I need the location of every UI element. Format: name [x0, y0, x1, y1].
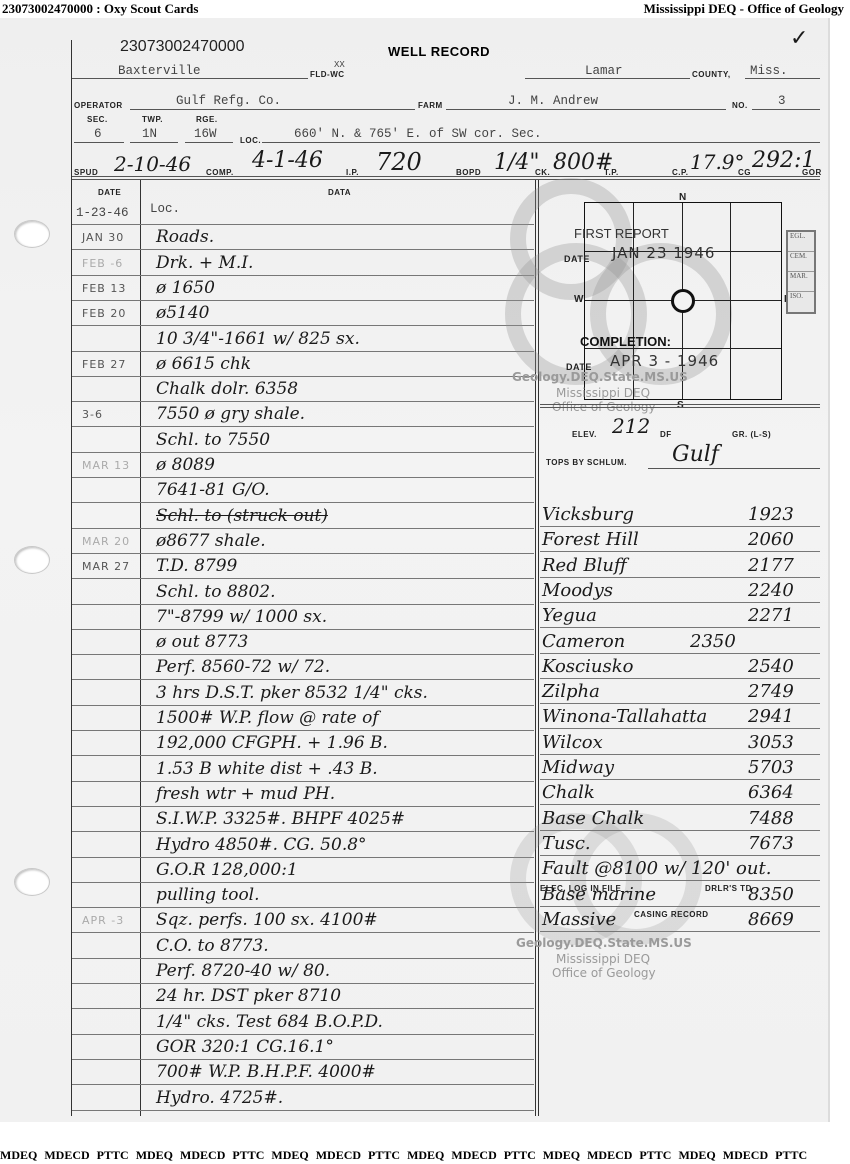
table-row-data: 1500# W.P. flow @ rate of	[156, 708, 379, 728]
table-row-data: Sqz. perfs. 100 sx. 4100#	[156, 910, 378, 930]
cp-value: 17.9°	[690, 150, 745, 174]
table-row-rule	[72, 1110, 534, 1111]
formation-name: Vicksburg	[542, 504, 634, 525]
formation-name: Wilcox	[542, 732, 603, 753]
table-row-date: FEB 20	[82, 307, 126, 320]
card-title: WELL RECORD	[388, 44, 490, 59]
comp-date: 4-1-46	[252, 148, 323, 173]
formation-depth: 1923	[748, 504, 794, 525]
gr-label: GR. (L-S)	[732, 430, 771, 439]
scout-card-scan: 23073002470000 WELL RECORD ✓ Baxterville…	[0, 18, 830, 1122]
formation-depth: 2240	[748, 580, 794, 601]
table-row-data: C.O. to 8773.	[156, 936, 269, 956]
twp-label: TWP.	[142, 115, 163, 124]
footer-sponsor-strip: MDEQMDECDPTTCMDEQMDECDPTTCMDEQMDECDPTTCM…	[0, 1146, 850, 1164]
table-row-data: Perf. 8720-40 w/ 80.	[156, 961, 330, 981]
table-row-rule	[72, 654, 534, 655]
formation-depth: 2271	[748, 605, 794, 626]
table-row-rule	[72, 477, 534, 478]
table-row-data: Loc.	[150, 202, 180, 216]
loc-value: 660' N. & 765' E. of SW cor. Sec.	[294, 127, 542, 141]
table-row-rule	[72, 528, 534, 529]
footer-sponsor-label: MDEQ	[543, 1148, 580, 1162]
table-row-rule	[72, 325, 534, 326]
table-row-rule	[72, 553, 534, 554]
api-number: 23073002470000	[120, 38, 245, 56]
table-row-data: 192,000 CFGPH. + 1.96 B.	[156, 733, 388, 753]
table-row-rule	[72, 401, 534, 402]
table-row-rule	[72, 502, 534, 503]
field-wc-overstrike: XX	[334, 60, 345, 70]
table-row-rule	[72, 249, 534, 250]
formation-name: Midway	[542, 757, 614, 778]
footer-sponsor-label: MDEQ	[271, 1148, 308, 1162]
formation-name: Tusc.	[542, 833, 591, 854]
table-row-data: ø5140	[156, 303, 210, 323]
footer-sponsor-label: PTTC	[639, 1148, 671, 1162]
table-row-rule	[72, 932, 534, 933]
formation-name: Red Bluff	[542, 555, 627, 576]
county-name: Lamar	[585, 64, 623, 78]
formation-depth: 5703	[748, 757, 794, 778]
table-row-rule	[72, 1084, 534, 1085]
table-row-data: 24 hr. DST pker 8710	[156, 986, 341, 1006]
table-row-rule	[72, 224, 534, 225]
formation-row-rule	[540, 880, 820, 881]
formation-depth: 7488	[748, 808, 794, 829]
completion-label: COMPLETION:	[580, 334, 671, 349]
formation-depth: 8669	[748, 909, 794, 930]
table-row-data: 1/4" cks. Test 684 B.O.P.D.	[156, 1012, 383, 1032]
table-row-rule	[72, 781, 534, 782]
footer-sponsor-label: MDECD	[451, 1148, 496, 1162]
footer-sponsor-label: MDECD	[723, 1148, 768, 1162]
table-row-rule	[72, 376, 534, 377]
formation-depth: 2060	[748, 529, 794, 550]
table-row-rule	[72, 452, 534, 453]
formation-row-rule	[540, 804, 820, 805]
formation-depth: 2177	[748, 555, 794, 576]
table-row-data: 7641-81 G/O.	[156, 480, 270, 500]
footer-sponsor-label: PTTC	[232, 1148, 264, 1162]
table-row-rule	[72, 907, 534, 908]
formation-row-rule	[540, 728, 820, 729]
map-south-label: S	[677, 400, 684, 411]
formation-row-rule	[540, 627, 820, 628]
table-row-data: 3 hrs D.S.T. pker 8532 1/4" cks.	[156, 683, 428, 703]
binder-hole-icon	[14, 868, 50, 896]
binder-hole-icon	[14, 220, 50, 248]
table-row-data: Hydro. 4725#.	[156, 1088, 283, 1108]
bopd-value: 1/4"	[494, 150, 540, 175]
elev-label: ELEV.	[572, 430, 597, 439]
table-row-rule	[72, 806, 534, 807]
watermark-agency: Mississippi DEQ	[556, 386, 650, 400]
formation-depth: 8350	[748, 884, 794, 905]
tops-by-value: Gulf	[672, 442, 719, 467]
watermark-office: Office of Geology	[552, 966, 656, 980]
table-row-rule	[72, 629, 534, 630]
table-row-data: Drk. + M.I.	[156, 253, 253, 273]
table-row-data: 700# W.P. B.H.P.F. 4000#	[156, 1062, 376, 1082]
table-row-rule	[72, 604, 534, 605]
table-row-data: 1.53 B white dist + .43 B.	[156, 759, 378, 779]
formation-name: Moodys	[542, 580, 613, 601]
footer-sponsor-label: PTTC	[504, 1148, 536, 1162]
tops-by-label: TOPS BY SCHLUM.	[546, 458, 627, 467]
table-row-date: JAN 30	[82, 231, 124, 244]
table-row-rule	[72, 1008, 534, 1009]
formation-name: Chalk	[542, 782, 595, 803]
table-row-date: 3-6	[82, 408, 103, 421]
well-number: 3	[778, 94, 786, 108]
sec-value: 6	[94, 127, 102, 141]
table-row-rule	[72, 275, 534, 276]
twp-value: 1N	[142, 127, 157, 141]
formation-row-rule	[540, 703, 820, 704]
table-row-data: 7"-8799 w/ 1000 sx.	[156, 607, 327, 627]
table-row-data: 7550 ø gry shale.	[156, 404, 305, 424]
operator-name: Gulf Refg. Co.	[176, 94, 281, 108]
watermark-agency: Mississippi DEQ	[556, 952, 650, 966]
table-row-rule	[72, 831, 534, 832]
table-row-date: MAR 27	[82, 560, 130, 573]
footer-sponsor-label: PTTC	[97, 1148, 129, 1162]
drillers-td-label: DRLR'S TD	[705, 884, 752, 893]
table-row-date: FEB -6	[82, 257, 123, 270]
sec-label: SEC.	[87, 115, 108, 124]
check-mark-icon: ✓	[790, 26, 808, 51]
formation-name: Winona-Tallahatta	[542, 706, 707, 727]
df-label: DF	[660, 430, 672, 439]
formation-row-rule	[540, 526, 820, 527]
table-row-data: 10 3/4"-1661 w/ 825 sx.	[156, 329, 360, 349]
footer-sponsor-label: MDEQ	[0, 1148, 37, 1162]
table-row-data: ø out 8773	[156, 632, 248, 652]
table-row-data: Schl. to 7550	[156, 430, 270, 450]
state-name: Miss.	[750, 64, 788, 78]
formation-depth: 6364	[748, 782, 794, 803]
table-row-data: ø8677 shale.	[156, 531, 266, 551]
first-report-date-stamp: JAN 23 1946	[612, 244, 715, 262]
field-name: Baxterville	[118, 64, 201, 78]
table-row-data: Schl. to (struck out)	[156, 506, 328, 526]
footer-sponsor-label: PTTC	[368, 1148, 400, 1162]
first-report-label: FIRST REPORT	[574, 226, 669, 241]
table-row-data: Schl. to 8802.	[156, 582, 276, 602]
table-row-data: fresh wtr + mud PH.	[156, 784, 335, 804]
formation-name: Kosciusko	[542, 656, 633, 677]
rge-value: 16W	[194, 127, 217, 141]
table-row-rule	[72, 755, 534, 756]
table-row-rule	[72, 983, 534, 984]
table-row-date: MAR 20	[82, 535, 130, 548]
table-row-date: MAR 13	[82, 459, 130, 472]
formation-depth: 2941	[748, 706, 794, 727]
formation-row-rule	[540, 602, 820, 603]
table-row-rule	[72, 679, 534, 680]
operator-label: OPERATOR	[74, 101, 123, 110]
binder-hole-icon	[14, 546, 50, 574]
formation-name: Forest Hill	[542, 529, 639, 550]
formation-name: Yegua	[542, 605, 597, 626]
table-row-data: T.D. 8799	[156, 556, 237, 576]
log-stamp-iso: ISO.	[788, 292, 814, 311]
well-number-label: NO.	[732, 101, 748, 110]
formation-row-rule	[540, 931, 820, 932]
formation-depth: 7673	[748, 833, 794, 854]
table-row-data: Perf. 8560-72 w/ 72.	[156, 657, 330, 677]
formation-name: Fault @8100 w/ 120' out.	[542, 858, 771, 879]
table-row-date: FEB 27	[82, 358, 126, 371]
footer-sponsor-label: MDEQ	[407, 1148, 444, 1162]
formation-row-rule	[540, 830, 820, 831]
viewer-header-bar: 23073002470000 : Oxy Scout Cards Mississ…	[0, 0, 850, 18]
table-row-rule	[72, 578, 534, 579]
completion-date-stamp: APR 3 - 1946	[610, 352, 719, 370]
table-row-data: Hydro 4850#. CG. 50.8°	[156, 835, 367, 855]
footer-sponsor-label: MDECD	[316, 1148, 361, 1162]
source-agency-title: Mississippi DEQ - Office of Geology	[644, 0, 844, 18]
map-west-label: W	[574, 294, 584, 305]
formation-name: Massive	[542, 909, 616, 930]
casing-record-label: CASING RECORD	[634, 910, 709, 919]
formation-depth: 2540	[748, 656, 794, 677]
table-row-data: S.I.W.P. 3325#. BHPF 4025#	[156, 809, 405, 829]
table-row-rule	[72, 882, 534, 883]
date-column-header: DATE	[98, 188, 121, 197]
loc-label: LOC.	[240, 136, 261, 145]
table-row-rule	[72, 351, 534, 352]
elec-log-label: ELEC. LOG IN FILE	[540, 884, 621, 893]
table-row-data: ø 1650	[156, 278, 215, 298]
formation-name: Zilpha	[542, 681, 600, 702]
watermark-url: Geology.DEQ.State.MS.US	[516, 936, 692, 950]
log-stamp-cem: CEM.	[788, 252, 814, 272]
table-row-date: 1-23-46	[76, 206, 129, 220]
table-row-date: APR -3	[82, 914, 124, 927]
farm-name: J. M. Andrew	[508, 94, 598, 108]
formation-row-rule	[540, 754, 820, 755]
table-row-rule	[72, 730, 534, 731]
table-row-rule	[72, 426, 534, 427]
formation-row-rule	[540, 678, 820, 679]
first-report-date-label: DATE	[564, 254, 590, 264]
table-row-data: Chalk dolr. 6358	[156, 379, 298, 399]
log-stamp-egl: EGL.	[788, 232, 814, 252]
field-label: FLD-WC	[310, 70, 345, 79]
footer-sponsor-label: MDECD	[180, 1148, 225, 1162]
document-id-title: 23073002470000 : Oxy Scout Cards	[2, 0, 198, 18]
table-row-data: G.O.R 128,000:1	[156, 860, 298, 880]
spud-date: 2-10-46	[114, 152, 191, 176]
well-location-marker-icon	[671, 289, 695, 313]
table-row-rule	[72, 1034, 534, 1035]
table-row-date: FEB 13	[82, 282, 126, 295]
table-row-rule	[72, 705, 534, 706]
table-row-rule	[72, 300, 534, 301]
formation-depth: 2749	[748, 681, 794, 702]
formation-row-rule	[540, 577, 820, 578]
formation-row-rule	[540, 855, 820, 856]
footer-sponsor-label: PTTC	[775, 1148, 807, 1162]
footer-sponsor-label: MDECD	[44, 1148, 89, 1162]
formation-name: Cameron	[542, 631, 625, 652]
rge-label: RGE.	[196, 115, 218, 124]
county-label: COUNTY,	[692, 70, 731, 79]
formation-depth: 2350	[690, 631, 736, 652]
footer-sponsor-label: MDECD	[587, 1148, 632, 1162]
table-row-rule	[72, 958, 534, 959]
elev-value: 212	[612, 414, 650, 438]
table-row-rule	[72, 857, 534, 858]
table-row-data: pulling tool.	[156, 885, 260, 905]
farm-label: FARM	[418, 101, 443, 110]
log-stamp-mar: MAR.	[788, 272, 814, 292]
formation-row-rule	[540, 551, 820, 552]
footer-sponsor-label: MDEQ	[678, 1148, 715, 1162]
ip-value: 720	[376, 148, 422, 176]
table-row-data: Roads.	[156, 227, 214, 247]
table-row-rule	[72, 1059, 534, 1060]
footer-sponsor-label: MDEQ	[136, 1148, 173, 1162]
formation-row-rule	[540, 906, 820, 907]
log-check-stamp: EGL. CEM. MAR. ISO.	[786, 230, 816, 314]
table-row-data: ø 8089	[156, 455, 215, 475]
formation-row-rule	[540, 779, 820, 780]
table-row-data: GOR 320:1 CG.16.1°	[156, 1037, 334, 1057]
formation-name: Base Chalk	[542, 808, 644, 829]
formation-row-rule	[540, 653, 820, 654]
data-column-header: DATA	[328, 188, 351, 197]
watermark-url: Geology.DEQ.State.MS.US	[512, 370, 688, 384]
table-row-data: ø 6615 chk	[156, 354, 251, 374]
formation-depth: 3053	[748, 732, 794, 753]
